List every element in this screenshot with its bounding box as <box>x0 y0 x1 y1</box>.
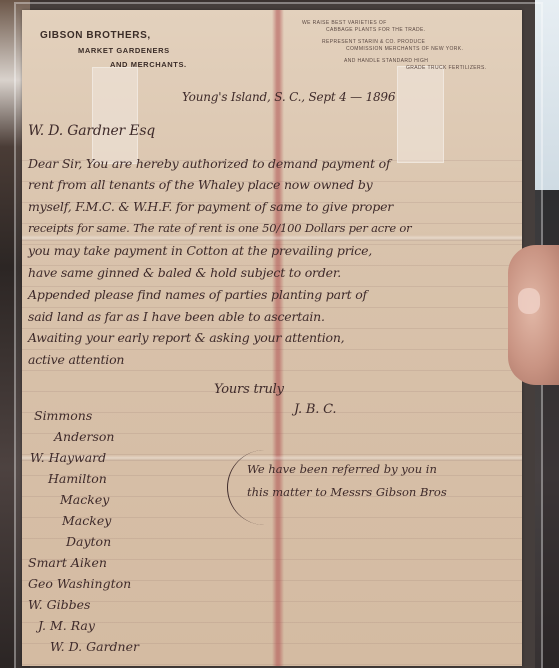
tenant-name: Hamilton <box>48 471 139 492</box>
company-tagline-1: MARKET GARDENERS <box>78 46 187 55</box>
tenant-name: W. D. Gardner <box>50 639 139 660</box>
tenant-name: Dayton <box>66 534 139 555</box>
tenant-name: J. M. Ray <box>38 618 139 639</box>
letterhead-line: AND HANDLE STANDARD HIGH <box>344 58 487 65</box>
tape-strip <box>92 67 138 164</box>
fold-line <box>22 235 522 241</box>
tenant-name: Simmons <box>34 408 139 429</box>
closing: Yours truly <box>214 382 284 397</box>
dateline: Young's Island, S. C., Sept 4 — 1896 <box>182 90 395 104</box>
tenant-name: Anderson <box>54 429 139 450</box>
tenant-names-list: Simmons Anderson W. Hayward Hamilton Mac… <box>30 408 139 660</box>
tenant-name: Geo Washington <box>28 576 139 597</box>
body-line: said land as far as I have been able to … <box>28 309 325 324</box>
tenant-name: W. Hayward <box>30 450 139 471</box>
letterhead-line: REPRESENT STARIN & CO. PRODUCE <box>322 39 487 46</box>
side-note-line: We have been referred by you in <box>247 462 437 476</box>
letterhead-line: GRADE TRUCK FERTILIZERS. <box>406 65 487 72</box>
body-line: Appended please find names of parties pl… <box>28 287 367 302</box>
signature-initials: J. B. C. <box>294 402 336 417</box>
company-name: GIBSON BROTHERS, <box>40 30 187 41</box>
body-line: have same ginned & baled & hold subject … <box>28 265 341 280</box>
body-line: active attention <box>28 352 124 367</box>
company-tagline-2: AND MERCHANTS. <box>110 60 187 69</box>
body-line: rent from all tenants of the Whaley plac… <box>28 177 373 192</box>
body-line: Awaiting your early report & asking your… <box>28 330 344 345</box>
tenant-name: Smart Aiken <box>28 555 139 576</box>
letterhead-company: GIBSON BROTHERS, MARKET GARDENERS AND ME… <box>40 30 187 69</box>
tape-strip <box>397 66 444 163</box>
tenant-name: Mackey <box>60 492 139 513</box>
holding-thumb <box>508 245 559 385</box>
thumbnail <box>518 288 540 314</box>
body-line: receipts for same. The rate of rent is o… <box>28 221 411 235</box>
letterhead-line: WE RAISE BEST VARIETIES OF <box>302 20 487 27</box>
letterhead-services: WE RAISE BEST VARIETIES OF CABBAGE PLANT… <box>302 20 487 72</box>
tenant-name: Mackey <box>62 513 139 534</box>
letterhead-line: CABBAGE PLANTS FOR THE TRADE. <box>326 27 487 34</box>
body-line: myself, F.M.C. & W.H.F. for payment of s… <box>28 199 393 214</box>
body-line: Dear Sir, You are hereby authorized to d… <box>28 156 390 171</box>
letter-paper: GIBSON BROTHERS, MARKET GARDENERS AND ME… <box>22 10 522 666</box>
body-line: you may take payment in Cotton at the pr… <box>28 243 372 258</box>
recipient: W. D. Gardner Esq <box>28 123 155 139</box>
side-note-line: this matter to Messrs Gibson Bros <box>247 485 447 499</box>
tenant-name: W. Gibbes <box>28 597 139 618</box>
letterhead-line: COMMISSION MERCHANTS OF NEW YORK. <box>346 46 487 53</box>
